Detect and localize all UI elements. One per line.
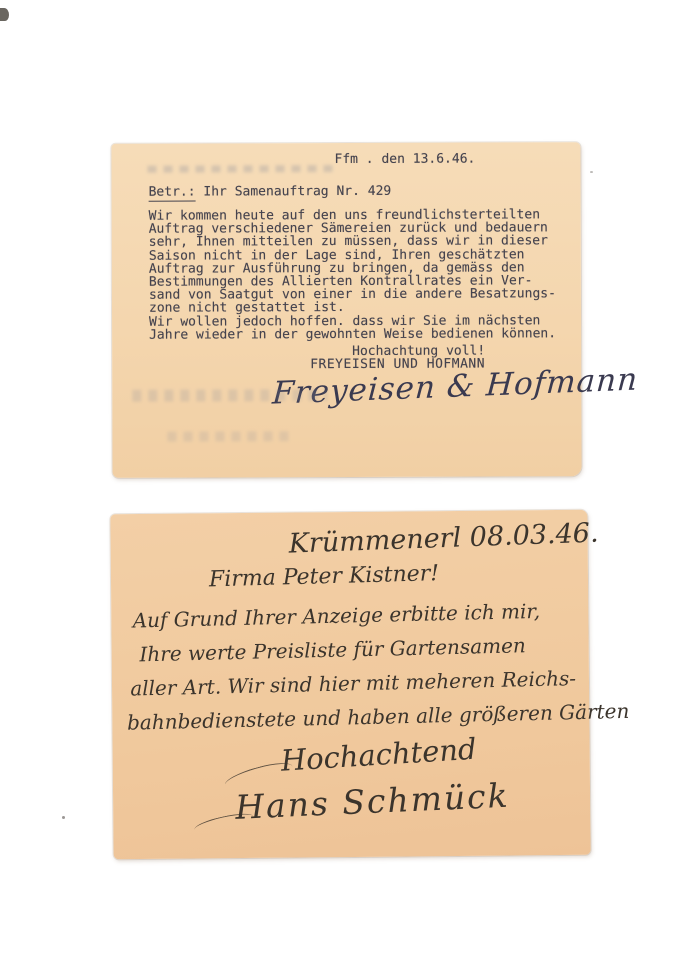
subject-label: Betr.: xyxy=(149,185,196,202)
valediction: Hochachtend xyxy=(280,732,478,778)
paper-speck xyxy=(590,171,593,173)
dateline: Krümmenerl 08.03.46. xyxy=(288,518,599,560)
handwritten-postcard: Krümmenerl 08.03.46. Firma Peter Kistner… xyxy=(110,510,590,860)
salutation: Firma Peter Kistner! xyxy=(209,561,440,592)
scanned-page: Ffm . den 13.6.46. Betr.: Ihr Samenauftr… xyxy=(0,0,698,960)
scan-artifact-speck xyxy=(0,8,9,21)
typewritten-postcard: Ffm . den 13.6.46. Betr.: Ihr Samenauftr… xyxy=(111,142,581,478)
paper-speck xyxy=(62,816,65,819)
ink-offset-impression xyxy=(167,431,295,441)
dateline: Ffm . den 13.6.46. xyxy=(334,152,475,167)
ink-offset-impression xyxy=(132,389,327,402)
subject-line: Betr.: Ihr Samenauftrag Nr. 429 xyxy=(149,184,392,200)
subject-text: Ihr Samenauftrag Nr. 429 xyxy=(196,184,392,200)
erased-text-impression xyxy=(147,165,335,173)
handwritten-signature: Hans Schmück xyxy=(234,776,510,827)
letter-body: Auf Grund Ihrer Anzeige erbitte ich mir,… xyxy=(124,592,629,740)
letter-body: Wir kommen heute auf den uns freundlichs… xyxy=(149,208,556,341)
